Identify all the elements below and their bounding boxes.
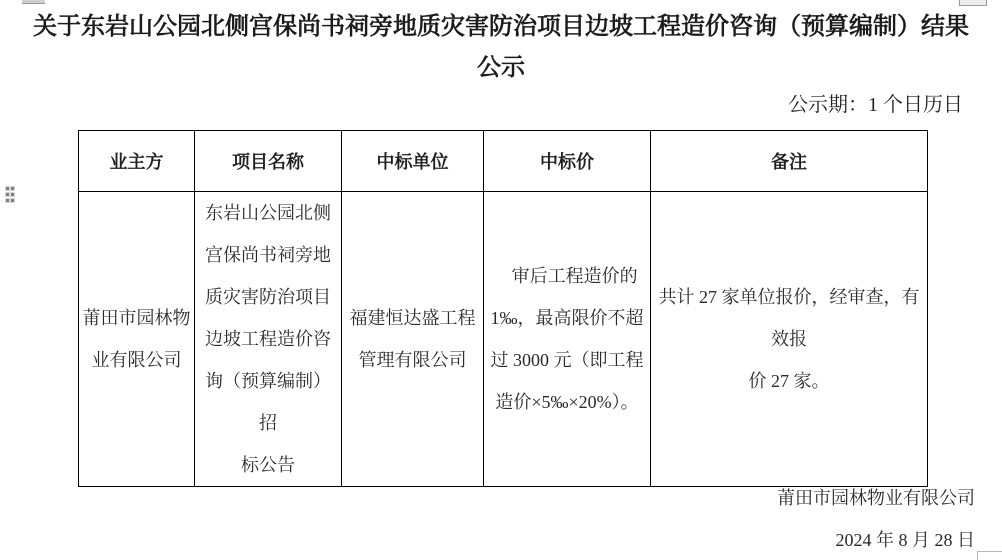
announcement-page: { "document": { "title": "关于东岩山公园北侧宫保尚书祠… — [0, 0, 1002, 560]
cell-winning-bidder: 福建恒达盛工程 管理有限公司 — [342, 192, 484, 487]
cell-winning-price: 审后工程造价的 1‰，最高限价不超 过 3000 元（即工程 造价×5‰×20%… — [484, 192, 651, 487]
results-table: 业主方 项目名称 中标单位 中标价 备注 莆田市园林物 业有限公司 东岩山公园北… — [78, 130, 928, 487]
footer: 莆田市园林物业有限公司 2024 年 8 月 28 日 — [777, 477, 975, 560]
top-right-edge-artifact — [959, 0, 987, 6]
top-left-edge-artifact — [22, 0, 45, 4]
publicity-period: 公示期：1 个日历日 — [788, 90, 963, 120]
drag-dot — [6, 193, 9, 196]
col-header-remarks: 备注 — [651, 131, 928, 192]
col-header-winning-bidder: 中标单位 — [342, 131, 484, 192]
drag-dot — [6, 187, 9, 190]
col-header-project-name: 项目名称 — [195, 131, 342, 192]
table-row: 莆田市园林物 业有限公司 东岩山公园北侧 宫保尚书祠旁地 质灾害防治项目 边坡工… — [79, 192, 928, 487]
drag-dot — [6, 199, 9, 202]
drag-dot — [11, 199, 14, 202]
cell-project-name: 东岩山公园北侧 宫保尚书祠旁地 质灾害防治项目 边坡工程造价咨 询（预算编制）招… — [195, 192, 342, 487]
cell-owner: 莆田市园林物 业有限公司 — [79, 192, 195, 487]
col-header-owner: 业主方 — [79, 131, 195, 192]
drag-dot — [11, 187, 14, 190]
document-title: 关于东岩山公园北侧宫保尚书祠旁地质灾害防治项目边坡工程造价咨询（预算编制）结果 … — [0, 7, 1002, 89]
table-drag-handle-icon[interactable] — [6, 187, 14, 202]
cell-remarks: 共计 27 家单位报价，经审查，有效报 价 27 家。 — [651, 192, 928, 487]
col-header-winning-price: 中标价 — [484, 131, 651, 192]
table-header-row: 业主方 项目名称 中标单位 中标价 备注 — [79, 131, 928, 192]
drag-dot — [11, 193, 14, 196]
footer-organization: 莆田市园林物业有限公司 — [777, 477, 975, 519]
bottom-right-edge-artifact — [977, 551, 1002, 560]
footer-date: 2024 年 8 月 28 日 — [777, 519, 975, 560]
